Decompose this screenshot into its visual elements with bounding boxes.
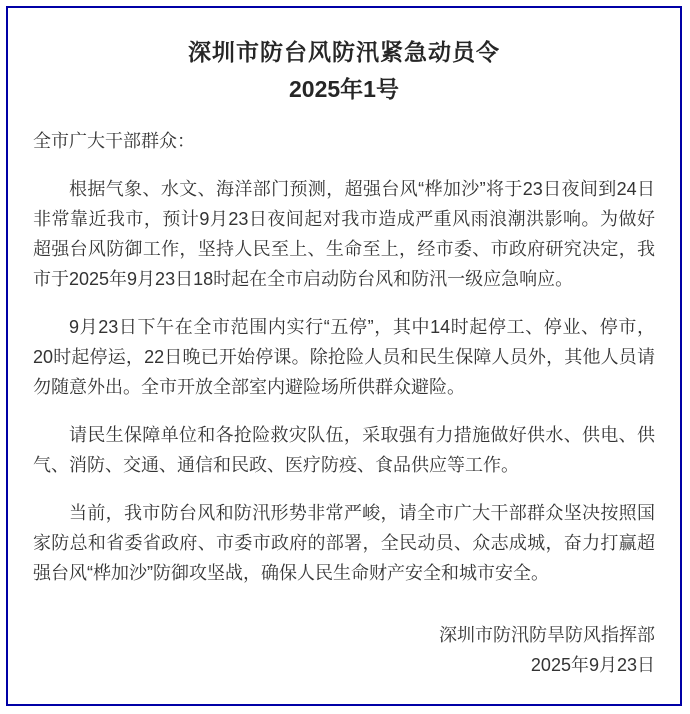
salutation: 全市广大干部群众： <box>33 126 655 156</box>
paragraph-livelihood-support: 请民生保障单位和各抢险救灾队伍，采取强有力措施做好供水、供电、供气、消防、交通、… <box>33 420 655 480</box>
issue-date: 2025年9月23日 <box>33 650 655 680</box>
paragraph-forecast: 根据气象、水文、海洋部门预测，超强台风“桦加沙”将于23日夜间到24日非常靠近我… <box>33 174 655 294</box>
document-title: 深圳市防台风防汛紧急动员令 <box>33 35 655 69</box>
paragraph-mobilization-call: 当前，我市防台风和防汛形势非常严峻，请全市广大干部群众坚决按照国家防总和省委省政… <box>33 498 655 588</box>
issuing-authority: 深圳市防汛防旱防风指挥部 <box>33 620 655 650</box>
paragraph-five-stops: 9月23日下午在全市范围内实行“五停”，其中14时起停工、停业、停市，20时起停… <box>33 312 655 402</box>
document-frame: 深圳市防台风防汛紧急动员令 2025年1号 全市广大干部群众： 根据气象、水文、… <box>6 6 682 706</box>
document-number: 2025年1号 <box>33 72 655 106</box>
